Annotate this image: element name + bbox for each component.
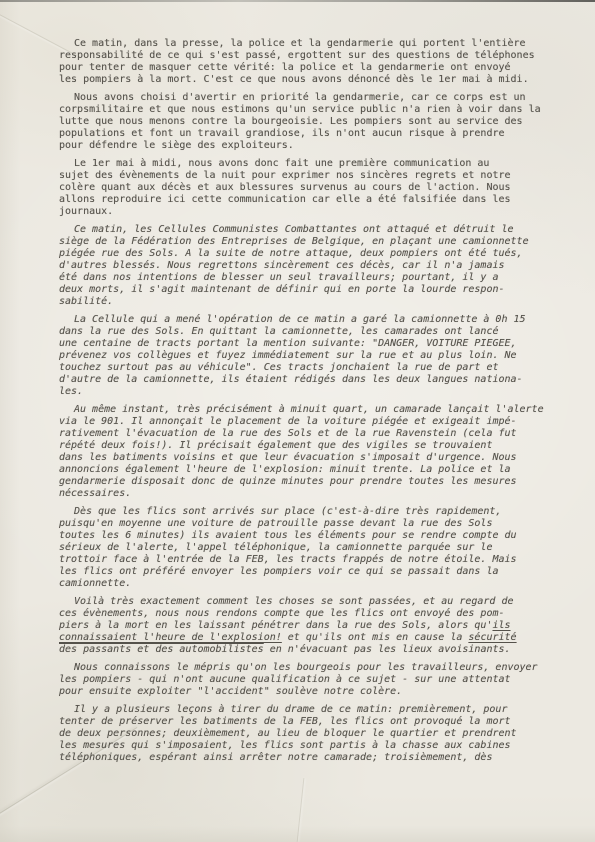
paragraph-6: Au même instant, très précisément à minu…	[59, 404, 551, 500]
text-line: puisqu'en moyenne une voiture de patroui…	[59, 518, 551, 530]
text-line: pour ensuite exploiter "l'accident" soul…	[59, 686, 551, 698]
text-line: populations et font un travail grandiose…	[59, 128, 551, 140]
text-line: responsabilité de ce qui s'est passé, er…	[59, 50, 551, 62]
text-line: les flics ont préféré envoyer les pompie…	[59, 566, 551, 578]
text-line: ces évènements, nous nous rendons compte…	[59, 608, 551, 620]
text-line: annoncions également l'heure de l'explos…	[59, 464, 551, 476]
text-line: corpsmilitaire et que nous estimons qu'u…	[59, 104, 551, 116]
text-line: Ce matin, les Cellules Communistes Comba…	[59, 224, 551, 236]
text-line: prévenez vos collègues et fuyez immédiat…	[59, 350, 551, 362]
text-line: été dans nos intentions de blesser un se…	[59, 272, 551, 284]
text-line: Nous connaissons le mépris qu'on les bou…	[59, 662, 551, 674]
text-segment: et qu'ils ont mis en cause la	[282, 632, 469, 643]
text-line: sujet des évènements de la nuit pour exp…	[59, 170, 551, 182]
text-line: connaissaient l'heure de l'explosion! et…	[59, 632, 551, 644]
text-line: de deux personnes; deuxièmement, au lieu…	[59, 728, 551, 740]
paper-crease	[297, 778, 305, 842]
text-segment: piers à la mort en les laissant pénétrer…	[59, 620, 492, 631]
text-line: lutte que nous menons contre la bourgeoi…	[59, 116, 551, 128]
text-segment: en n'évacuant pas les lieux avoisinants.	[264, 644, 511, 655]
text-line: une centaine de tracts portant la mentio…	[59, 338, 551, 350]
text-line: touchez surtout pas au véhicule". Ces tr…	[59, 362, 551, 374]
text-line: Le 1er mai à midi, nous avons donc fait …	[59, 158, 551, 170]
text-line: trottoir face à l'entrée de la FEB, les …	[59, 554, 551, 566]
text-line: gendarmerie disposait donc de quinze min…	[59, 476, 551, 488]
text-line: Il y a plusieurs leçons à tirer du drame…	[59, 704, 551, 716]
document-body: Ce matin, dans la presse, la police et l…	[59, 38, 551, 770]
text-line: siège de la Fédération des Entreprises d…	[59, 236, 551, 248]
scan-edge	[0, 0, 595, 2]
text-line: piégée rue des Sols. A la suite de notre…	[59, 248, 551, 260]
text-line: Au même instant, très précisément à minu…	[59, 404, 551, 416]
text-line: les pompiers - qui n'ont aucune qualific…	[59, 674, 551, 686]
text-line: sérieux de l'alerte, l'appel téléphoniqu…	[59, 542, 551, 554]
text-line: pour défendre le siège des exploiteurs.	[59, 140, 551, 152]
overlined-text: des passants et des automobilistes	[59, 644, 264, 655]
paragraph-1: Ce matin, dans la presse, la police et l…	[59, 38, 551, 86]
text-line: nécessaires.	[59, 488, 551, 500]
paragraph-8: Voilà très exactement comment les choses…	[59, 596, 551, 656]
text-line: dans les batiments voisins et que leur é…	[59, 452, 551, 464]
text-line: allons reproduire ici cette communicatio…	[59, 194, 551, 206]
text-line: Ce matin, dans la presse, la police et l…	[59, 38, 551, 50]
text-line: téléphoniques, espérant ainsi arrêter no…	[59, 752, 551, 764]
text-line: piers à la mort en les laissant pénétrer…	[59, 620, 551, 632]
paragraph-5: La Cellule qui a mené l'opération de ce …	[59, 314, 551, 398]
text-line: dans la rue des Sols. En quittant la cam…	[59, 326, 551, 338]
text-line: colère quant aux décès et aux blessures …	[59, 182, 551, 194]
text-line: des passants et des automobilistes en n'…	[59, 644, 551, 656]
text-line: les pompiers à la mort. C'est ce que nou…	[59, 74, 551, 86]
text-line: les.	[59, 386, 551, 398]
paragraph-4: Ce matin, les Cellules Communistes Comba…	[59, 224, 551, 308]
text-line: Voilà très exactement comment les choses…	[59, 596, 551, 608]
paragraph-9: Nous connaissons le mépris qu'on les bou…	[59, 662, 551, 698]
text-line: tenter de préserver les batiments de la …	[59, 716, 551, 728]
text-line: répété deux fois!). Il précisait égaleme…	[59, 440, 551, 452]
paragraph-3: Le 1er mai à midi, nous avons donc fait …	[59, 158, 551, 218]
text-line: journaux.	[59, 206, 551, 218]
text-line: camionnette.	[59, 578, 551, 590]
text-line: via le 901. Il annonçait le placement de…	[59, 416, 551, 428]
underlined-text: ils	[492, 620, 510, 631]
paragraph-10: Il y a plusieurs leçons à tirer du drame…	[59, 704, 551, 764]
text-line: les mesures qui s'imposaient, les flics …	[59, 740, 551, 752]
text-line: deux morts, il s'agit maintenant de défi…	[59, 284, 551, 296]
underlined-text: sécurité	[468, 632, 516, 643]
text-line: d'autres blessés. Nous regrettons sincèr…	[59, 260, 551, 272]
paragraph-2: Nous avons choisi d'avertir en priorité …	[59, 92, 551, 152]
text-line: rativement l'évacuation de la rue des So…	[59, 428, 551, 440]
text-line: Dès que les flics sont arrivés sur place…	[59, 506, 551, 518]
text-line: d'autre de la camionnette, ils étaient r…	[59, 374, 551, 386]
text-line: La Cellule qui a mené l'opération de ce …	[59, 314, 551, 326]
paragraph-7: Dès que les flics sont arrivés sur place…	[59, 506, 551, 590]
text-line: Nous avons choisi d'avertir en priorité …	[59, 92, 551, 104]
underlined-text: connaissaient l'heure de l'explosion!	[59, 632, 282, 643]
text-line: sabilité.	[59, 296, 551, 308]
paper-sheet: Ce matin, dans la presse, la police et l…	[0, 0, 595, 842]
text-line: toutes les 6 minutes) ils avaient tous l…	[59, 530, 551, 542]
text-line: pour tenter de masquer cette vérité: la …	[59, 62, 551, 74]
